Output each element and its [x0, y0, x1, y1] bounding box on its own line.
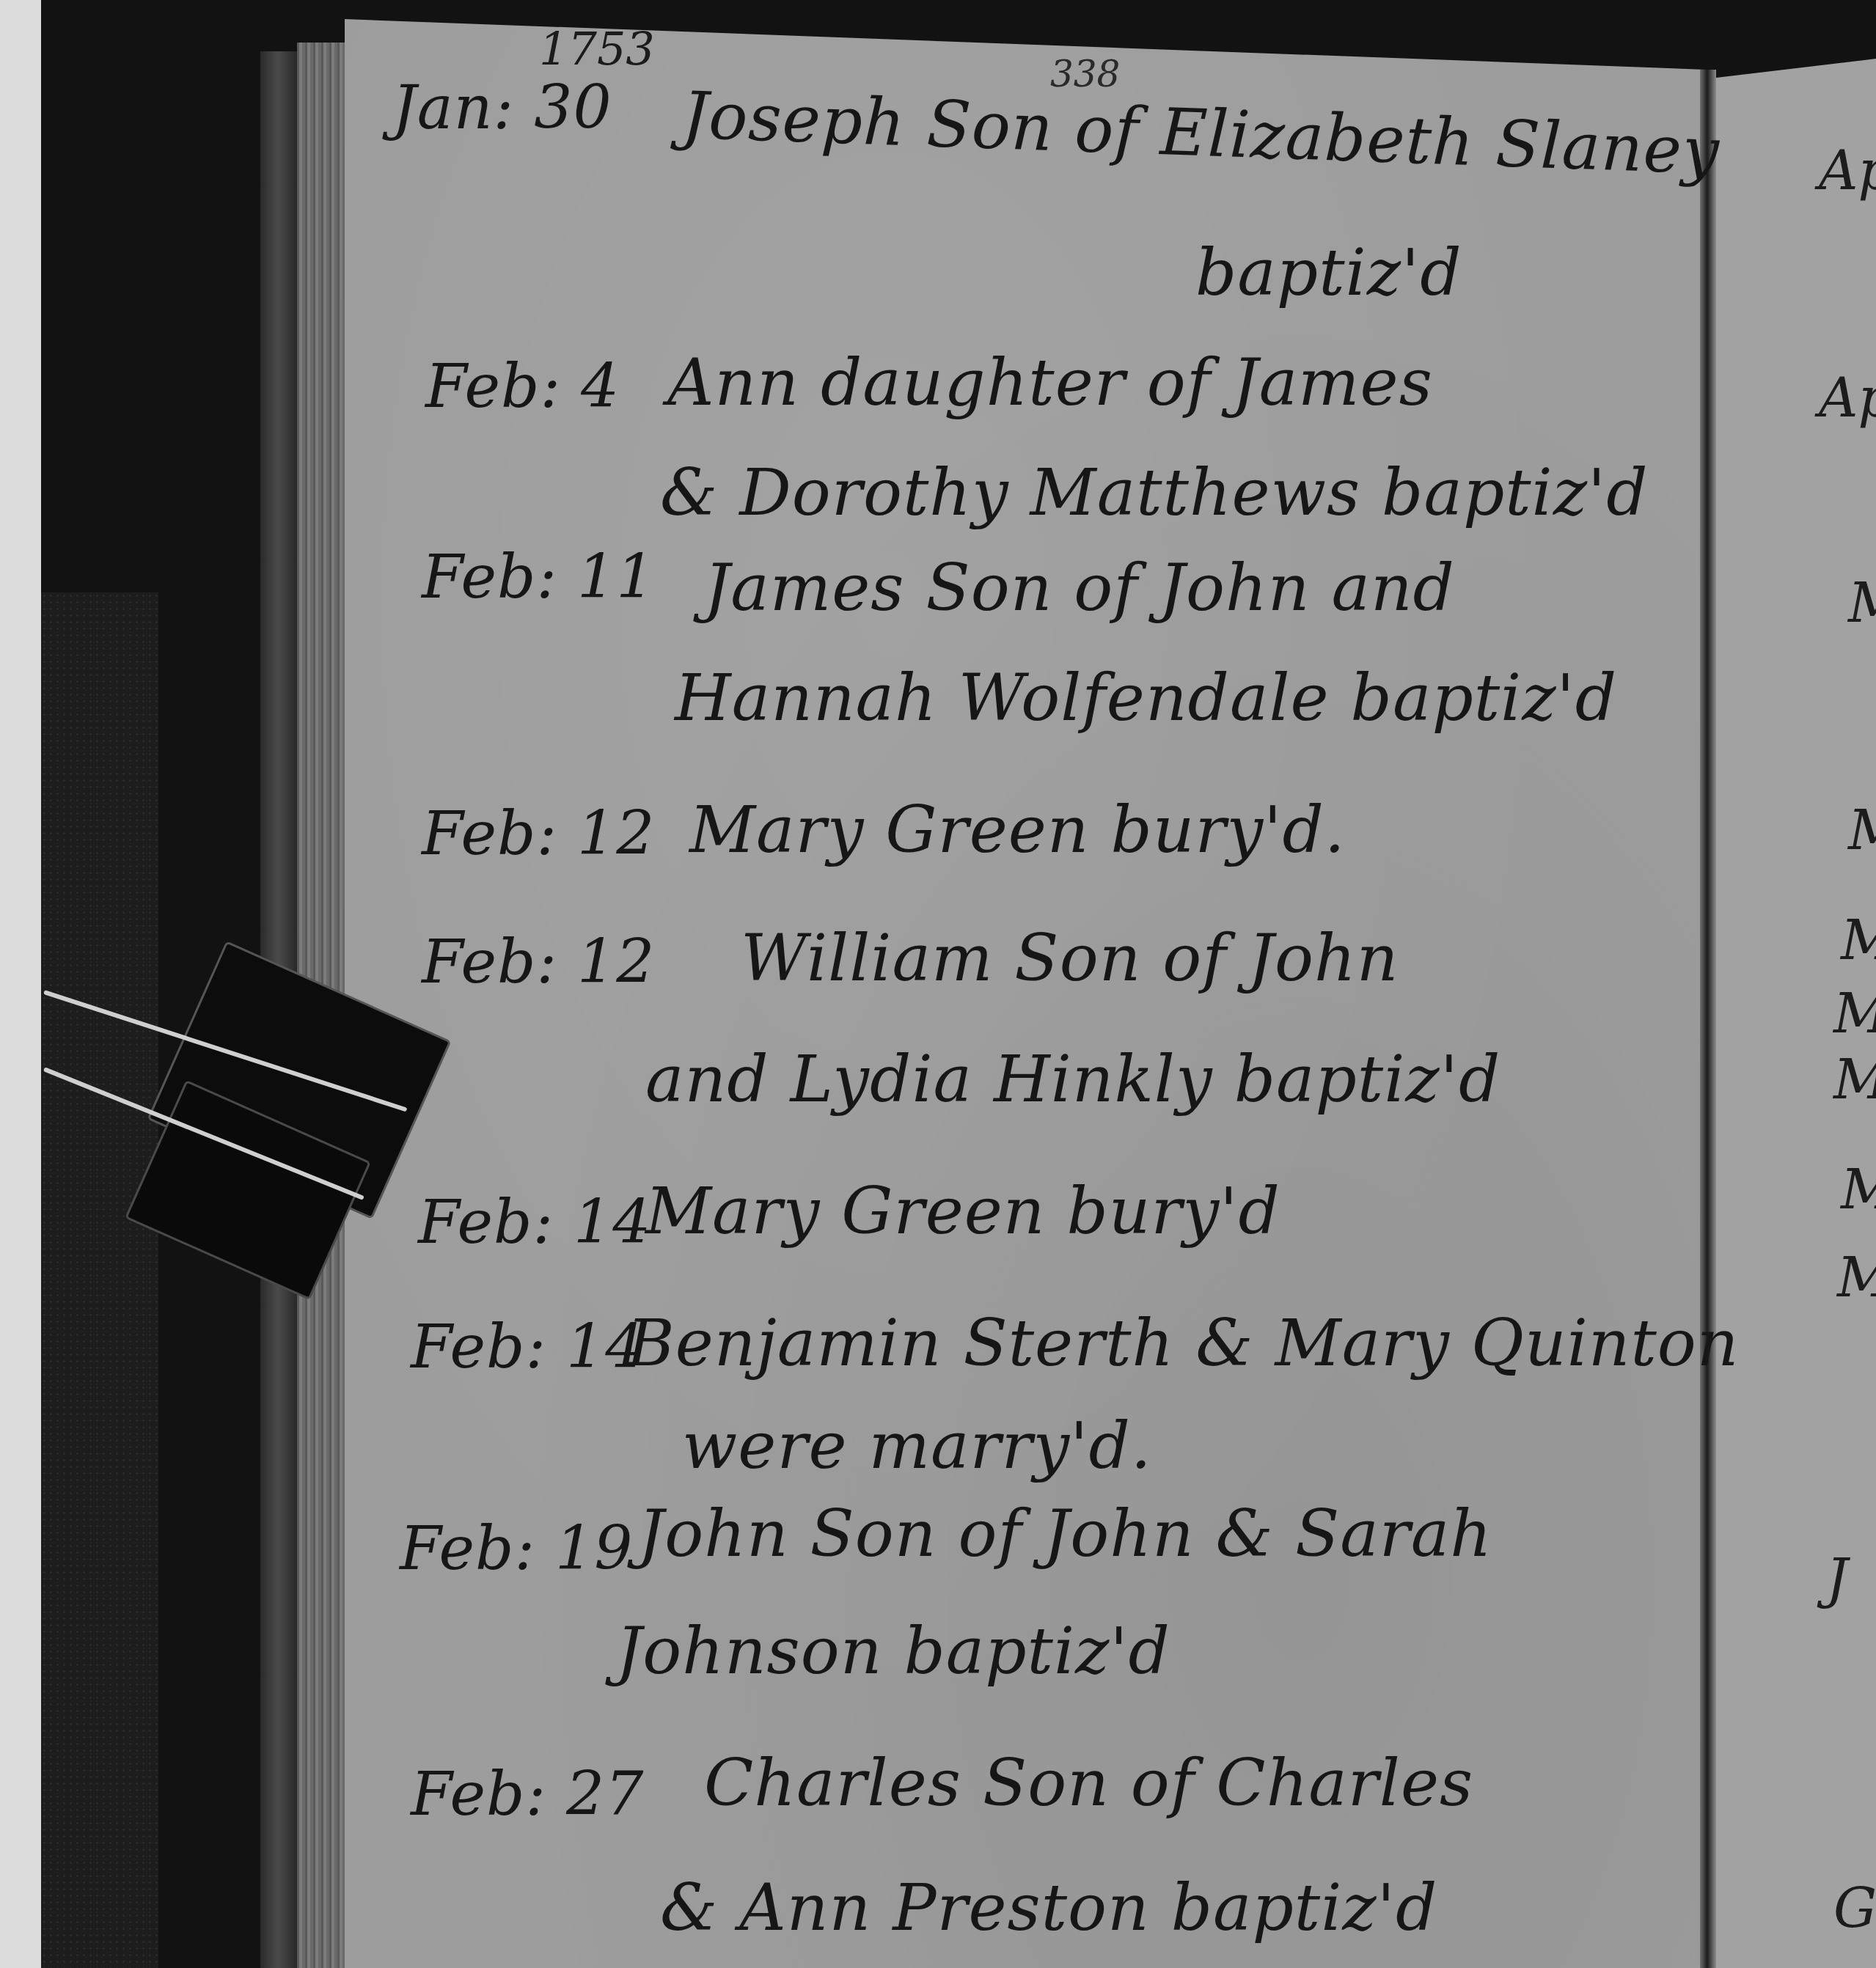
entry-line: John Son of John & Sarah [638, 1496, 1492, 1571]
entry-line: Charles Son of Charles [704, 1745, 1473, 1821]
entry-date: Feb: 12 [422, 928, 655, 997]
facing-margin-letter: Ap [1819, 139, 1876, 202]
entry-line: Hannah Wolfendale baptiz'd [675, 660, 1617, 735]
entry-line: William Son of John [741, 920, 1399, 996]
facing-margin-letter: G [1833, 1877, 1876, 1940]
facing-margin-letter: M [1848, 799, 1876, 862]
entry-date: Feb: 27 [411, 1760, 644, 1829]
facing-margin-letter: Ap [1819, 367, 1876, 430]
entry-line: & Ann Preston baptiz'd [660, 1870, 1437, 1945]
entry-line: & Dorothy Matthews baptiz'd [660, 455, 1649, 530]
facing-margin-letter: M [1833, 1049, 1876, 1112]
left-margin-strip [0, 0, 41, 1968]
entry-date: Jan: 30 [392, 73, 612, 143]
entry-line: were marry'd. [682, 1408, 1152, 1483]
facing-margin-letter: M [1848, 572, 1876, 635]
entry-date: Feb: 14 [418, 1188, 651, 1257]
entry-line: Mary Green bury'd [645, 1173, 1280, 1249]
facing-margin-letter: J [1826, 1547, 1848, 1610]
register-year: 1753 [539, 22, 655, 76]
facing-margin-letter: M [1837, 1246, 1876, 1310]
entry-line: Mary Green bury'd. [689, 792, 1346, 867]
entry-line: baptiz'd [1195, 235, 1462, 310]
facing-margin-letter: M [1841, 1159, 1876, 1222]
entry-line: and Lydia Hinkly baptiz'd [645, 1041, 1501, 1117]
facing-margin-letter: M [1833, 983, 1876, 1046]
entry-date: Feb: 4 [425, 352, 620, 422]
page-number: 338 [1050, 53, 1120, 95]
entry-date: Feb: 12 [422, 799, 655, 869]
entry-line: Johnson baptiz'd [616, 1613, 1170, 1689]
entry-date: Feb: 11 [422, 543, 655, 612]
entry-line: Benjamin Sterth & Mary Quinton [627, 1305, 1740, 1381]
entry-line: James Son of John and [704, 550, 1455, 625]
facing-margin-letter: M [1841, 909, 1876, 972]
entry-date: Feb: 14 [411, 1312, 644, 1382]
entry-line: Ann daughter of James [667, 345, 1433, 420]
entry-date: Feb: 19 [400, 1514, 633, 1584]
book-gutter [1700, 70, 1716, 1968]
foam-support [41, 592, 158, 1968]
